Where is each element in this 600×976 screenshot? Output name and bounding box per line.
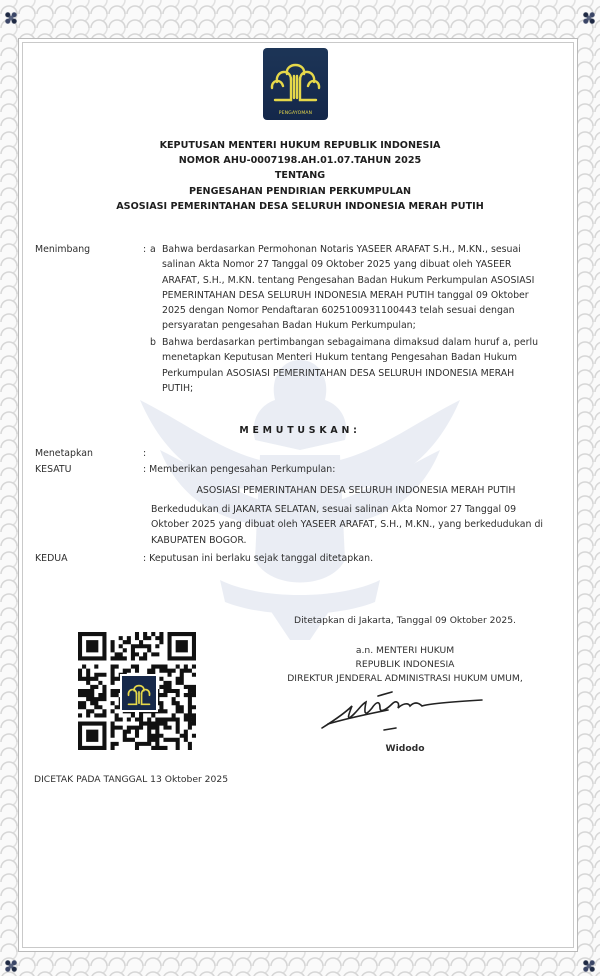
menimbang-label: Menimbang [35,242,90,257]
text-line: PEMERINTAHAN DESA SELURUH INDONESIA MERA… [162,288,562,303]
menimbang-item-a: Bahwa berdasarkan Permohonan Notaris YAS… [162,242,562,334]
text-line: PUTIH; [162,381,562,396]
pengayoman-tree-icon [124,678,154,708]
position-line: DIREKTUR JENDERAL ADMINISTRASI HUKUM UMU… [270,672,540,686]
colon: : [143,446,146,461]
kesatu-label: KESATU [35,462,71,477]
text-line: Bahwa berdasarkan pertimbangan sebagaima… [162,335,562,350]
qr-center-logo [120,674,158,712]
menimbang-item-b: Bahwa berdasarkan pertimbangan sebagaima… [162,335,562,396]
title-line: PENGESAHAN PENDIRIAN PERKUMPULAN [60,184,540,199]
ministry-logo: PENGAYOMAN [263,48,328,120]
pengayoman-tree-icon [269,52,322,104]
place-date: Ditetapkan di Jakarta, Tanggal 09 Oktobe… [270,614,540,628]
menetapkan-label: Menetapkan [35,446,93,461]
text-line: persyaratan pengesahan Badan Hukum Perku… [162,318,562,333]
corner-ornament-icon [581,958,597,974]
corner-ornament-icon [3,958,19,974]
kedua-label: KEDUA [35,551,68,566]
country-line: REPUBLIK INDONESIA [270,658,540,672]
text-line: 2025 dengan Nomor Pendaftaran 6025100931… [162,303,562,318]
text-line: Oktober 2025 yang dibuat oleh YASEER ARA… [151,517,562,532]
title-line: TENTANG [60,168,540,183]
qr-code[interactable] [78,632,196,750]
signature-scribble-icon [318,688,488,736]
logo-label: PENGAYOMAN [263,111,328,116]
organization-name: ASOSIASI PEMERINTAHAN DESA SELURUH INDON… [150,483,562,498]
on-behalf-line: a.n. MENTERI HUKUM [270,644,540,658]
item-letter-b: b [150,335,156,350]
text-line: ARAFAT, S.H., M.KN. tentang Pengesahan B… [162,273,562,288]
kedua-text: : Keputusan ini berlaku sejak tanggal di… [143,551,543,566]
organization-title: ASOSIASI PEMERINTAHAN DESA SELURUH INDON… [60,199,540,214]
text-line: KABUPATEN BOGOR. [151,533,562,548]
decree-number: NOMOR AHU-0007198.AH.01.07.TAHUN 2025 [60,153,540,168]
decree-title: KEPUTUSAN MENTERI HUKUM REPUBLIK INDONES… [60,138,540,214]
title-line: KEPUTUSAN MENTERI HUKUM REPUBLIK INDONES… [60,138,540,153]
text-line: menetapkan Keputusan Menteri Hukum tenta… [162,350,562,365]
kesatu-text: : Memberikan pengesahan Perkumpulan: [143,462,543,477]
text-line: Bahwa berdasarkan Permohonan Notaris YAS… [162,242,562,257]
item-letter-a: a [150,242,156,257]
text-line: Berkedudukan di JAKARTA SELATAN, sesuai … [151,502,562,517]
memutuskan-heading: MEMUTUSKAN: [150,425,450,436]
signature-authority: a.n. MENTERI HUKUM REPUBLIK INDONESIA DI… [270,644,540,686]
kesatu-details: Berkedudukan di JAKARTA SELATAN, sesuai … [151,502,562,548]
text-line: salinan Akta Nomor 27 Tanggal 09 Oktober… [162,257,562,272]
corner-ornament-icon [581,10,597,26]
corner-ornament-icon [3,10,19,26]
printed-date: DICETAK PADA TANGGAL 13 Oktober 2025 [34,774,228,785]
text-line: Perkumpulan ASOSIASI PEMERINTAHAN DESA S… [162,366,562,381]
signer-name: Widodo [270,742,540,756]
colon: : [143,242,146,257]
